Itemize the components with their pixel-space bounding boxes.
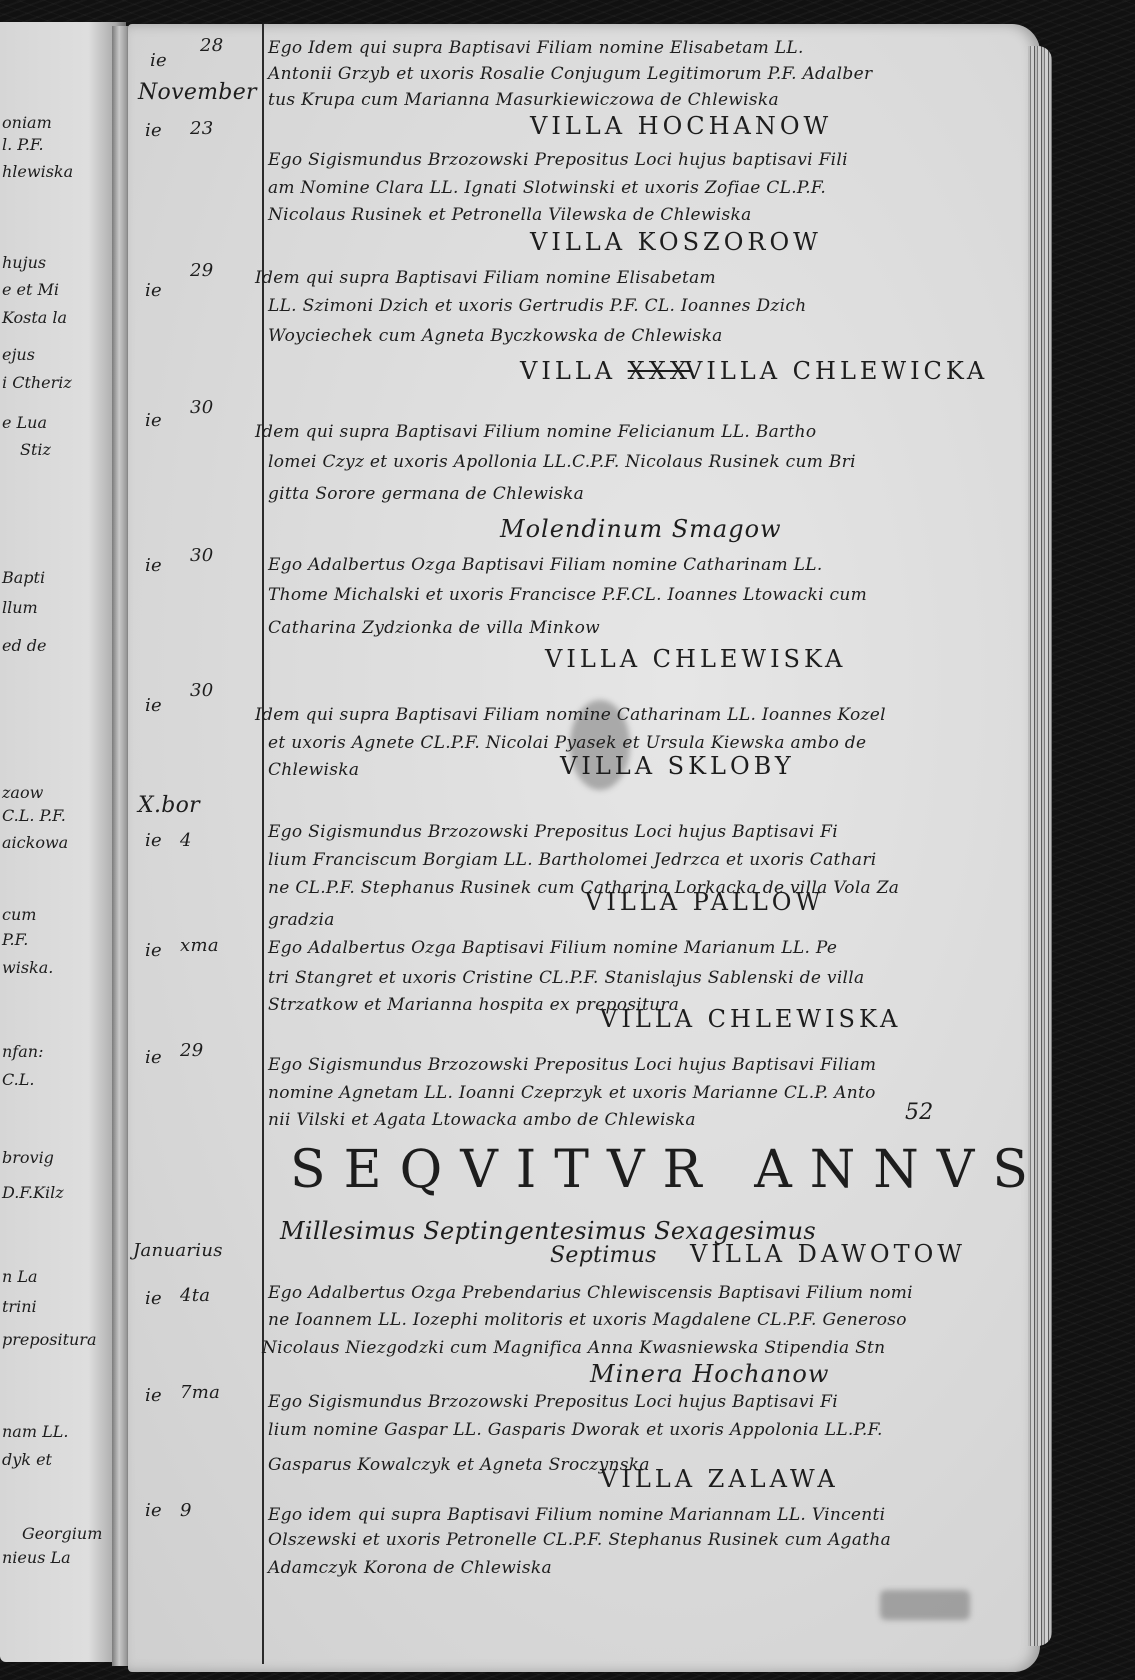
- paper-stain: [880, 1590, 970, 1620]
- village-heading: VILLA KOSZOROW: [530, 228, 822, 256]
- entry-day: 9: [180, 1500, 192, 1521]
- entry-line: Ego Sigismundus Brzozowski Prepositus Lo…: [268, 1055, 876, 1075]
- entry-line: Ego Adalbertus Ozga Baptisavi Filium nom…: [268, 938, 837, 958]
- village-heading: VILLA DAWOTOW: [690, 1240, 966, 1268]
- entry-day: 4: [180, 830, 192, 851]
- month-label: November: [138, 80, 257, 105]
- village-heading: VILLA XXX: [520, 357, 691, 385]
- entry-line: Idem qui supra Baptisavi Filiam nomine E…: [255, 268, 716, 288]
- entry-line: gitta Sorore germana de Chlewiska: [268, 484, 584, 504]
- year-subtitle: Septimus: [550, 1243, 657, 1268]
- village-heading: VILLA CHLEWISKA: [545, 645, 846, 673]
- entry-marker: ie: [145, 1047, 162, 1068]
- entry-line: tri Stangret et uxoris Cristine CL.P.F. …: [268, 968, 864, 988]
- month-label: Januarius: [133, 1240, 223, 1261]
- entry-line: Olszewski et uxoris Petronelle CL.P.F. S…: [268, 1530, 891, 1550]
- entry-line: Ego Adalbertus Ozga Prebendarius Chlewis…: [268, 1283, 913, 1303]
- entry-marker: ie: [145, 410, 162, 431]
- entry-line: Ego Sigismundus Brzozowski Prepositus Lo…: [268, 822, 838, 842]
- village-heading: Minera Hochanow: [590, 1360, 829, 1388]
- village-heading: VILLA PALLOW: [585, 888, 824, 916]
- entry-marker: ie: [145, 280, 162, 301]
- entry-line: gradzia: [268, 910, 335, 930]
- entry-marker: ie: [145, 940, 162, 961]
- page-edges: [1028, 46, 1052, 1646]
- entry-line: LL. Szimoni Dzich et uxoris Gertrudis P.…: [268, 296, 806, 316]
- entry-line: Ego Adalbertus Ozga Baptisavi Filiam nom…: [268, 555, 823, 575]
- entry-line: Catharina Zydzionka de villa Minkow: [268, 618, 600, 638]
- entry-marker: ie: [145, 1385, 162, 1406]
- entry-line: nomine Agnetam LL. Ioanni Czeprzyk et ux…: [268, 1083, 876, 1103]
- village-heading: Molendinum Smagow: [500, 515, 782, 543]
- entry-day: 7ma: [180, 1382, 220, 1403]
- entry-line: Nicolaus Rusinek et Petronella Vilewska …: [268, 205, 752, 225]
- entry-marker: ie: [145, 830, 162, 851]
- month-label: X.bor: [138, 793, 200, 818]
- entry-line: Antonii Grzyb et uxoris Rosalie Conjugum…: [268, 64, 872, 84]
- village-heading: VILLA CHLEWISKA: [600, 1005, 901, 1033]
- year-title: SEQVITVR ANNVS: [290, 1140, 1046, 1200]
- entry-line: Ego Idem qui supra Baptisavi Filiam nomi…: [268, 38, 804, 58]
- entry-day: 30: [190, 545, 214, 566]
- entry-line: Woyciechek cum Agneta Byczkowska de Chle…: [268, 326, 723, 346]
- entry-line: Idem qui supra Baptisavi Filiam nomine C…: [255, 705, 886, 725]
- entry-line: lium nomine Gaspar LL. Gasparis Dworak e…: [268, 1420, 883, 1440]
- entry-marker: ie: [145, 695, 162, 716]
- entry-marker: ie: [145, 555, 162, 576]
- entry-line: nii Vilski et Agata Ltowacka ambo de Chl…: [268, 1110, 696, 1130]
- entry-day: 4ta: [180, 1285, 210, 1306]
- entry-line: Idem qui supra Baptisavi Filium nomine F…: [255, 422, 816, 442]
- entry-line: am Nomine Clara LL. Ignati Slotwinski et…: [268, 178, 826, 198]
- entry-line: lium Franciscum Borgiam LL. Bartholomei …: [268, 850, 877, 870]
- entry-line: Ego Sigismundus Brzozowski Prepositus Lo…: [268, 150, 848, 170]
- village-heading: VILLA ZALAWA: [600, 1465, 839, 1493]
- entry-day: 30: [190, 397, 214, 418]
- entry-line: Adamczyk Korona de Chlewiska: [268, 1558, 552, 1578]
- entry-day: 23: [190, 118, 214, 139]
- entry-line: tus Krupa cum Marianna Masurkiewiczowa d…: [268, 90, 779, 110]
- entry-line: Ego Sigismundus Brzozowski Prepositus Lo…: [268, 1392, 838, 1412]
- entry-day: 28: [200, 35, 224, 56]
- entry-day: 30: [190, 680, 214, 701]
- entry-marker: ie: [150, 50, 167, 71]
- entry-line: lomei Czyz et uxoris Apollonia LL.C.P.F.…: [268, 452, 856, 472]
- entry-line: Ego idem qui supra Baptisavi Filium nomi…: [268, 1505, 885, 1525]
- village-heading: VILLA HOCHANOW: [530, 112, 832, 140]
- entry-day: xma: [180, 935, 219, 956]
- village-heading: VILLA SKLOBY: [560, 752, 795, 780]
- entry-day: 29: [180, 1040, 204, 1061]
- entry-line: Gasparus Kowalczyk et Agneta Sroczynska: [268, 1455, 650, 1475]
- village-heading-suffix: VILLA CHLEWICKA: [685, 357, 988, 385]
- struck-word: XXX: [628, 357, 691, 385]
- entry-line: ne Ioannem LL. Iozephi molitoris et uxor…: [268, 1310, 907, 1330]
- entry-line: et uxoris Agnete CL.P.F. Nicolai Pyasek …: [268, 733, 866, 753]
- entry-marker: ie: [145, 120, 162, 141]
- entry-line: Chlewiska: [268, 760, 359, 780]
- entry-day: 29: [190, 260, 214, 281]
- entry-marker: ie: [145, 1288, 162, 1309]
- entry-line: Thome Michalski et uxoris Francisce P.F.…: [268, 585, 867, 605]
- page-number: 52: [905, 1100, 934, 1125]
- entry-line: Nicolaus Niezgodzki cum Magnifica Anna K…: [262, 1338, 885, 1358]
- entry-marker: ie: [145, 1500, 162, 1521]
